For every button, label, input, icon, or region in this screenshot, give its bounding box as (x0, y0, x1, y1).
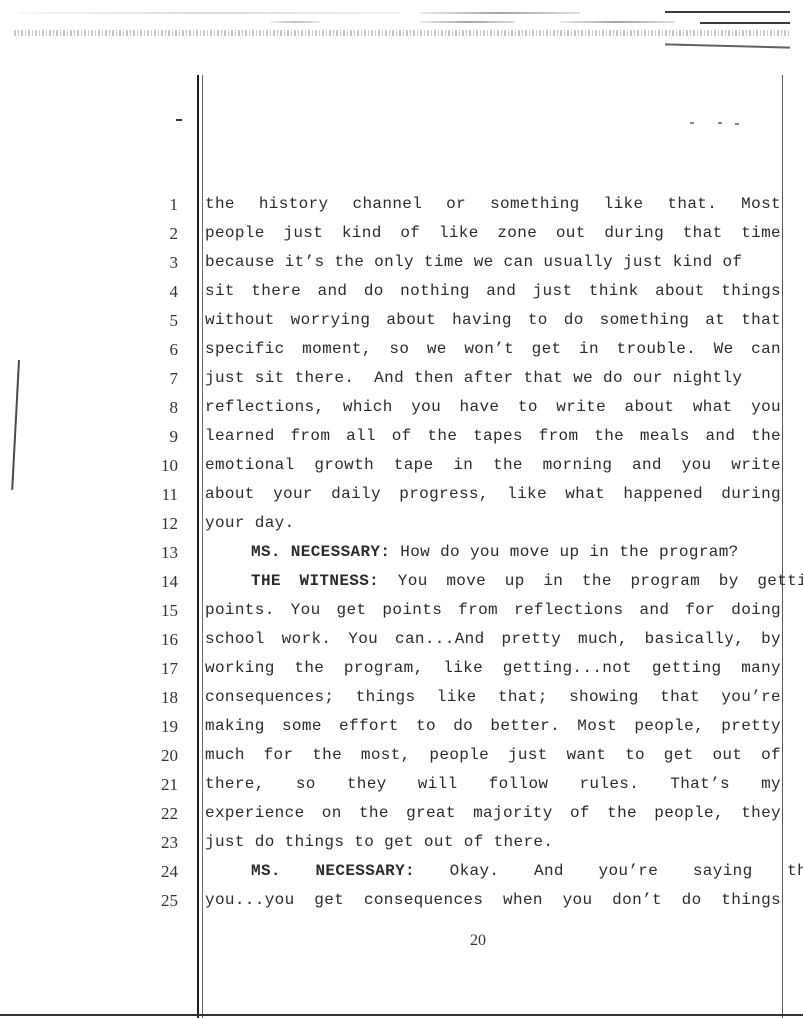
scan-streak (560, 21, 675, 23)
line-number: 20 (138, 741, 178, 770)
line-content: there, so they will follow rules. That’s… (205, 775, 781, 793)
line-content: You move up in the program by getting (379, 572, 803, 590)
speaker-label: MS. NECESSARY: (251, 543, 390, 561)
line-number: 23 (138, 828, 178, 857)
line-text: reflections, which you have to write abo… (205, 393, 781, 422)
transcript-line: 2people just kind of like zone out durin… (150, 219, 790, 248)
stray-mark (690, 122, 694, 124)
line-number: 4 (138, 277, 178, 306)
line-content: much for the most, people just want to g… (205, 746, 781, 764)
line-number: 6 (138, 335, 178, 364)
line-content: just do things to get out of there. (205, 833, 553, 851)
stray-mark (718, 122, 722, 124)
line-text: specific moment, so we won’t get in trou… (205, 335, 781, 364)
scan-streak (665, 11, 790, 13)
line-text: MS. NECESSARY: How do you move up in the… (205, 538, 803, 567)
speaker-label: MS. NECESSARY: (251, 862, 415, 880)
scan-streak (270, 21, 320, 23)
scan-streak (420, 21, 515, 23)
transcript-line: 3because it’s the only time we can usual… (150, 248, 790, 277)
line-text: much for the most, people just want to g… (205, 741, 781, 770)
scan-streak (20, 12, 400, 14)
transcript-line: 25you...you get consequences when you do… (150, 886, 790, 915)
line-number: 3 (138, 248, 178, 277)
line-text: working the program, like getting...not … (205, 654, 781, 683)
line-text: MS. NECESSARY: Okay. And you’re saying t… (205, 857, 803, 886)
line-text: sit there and do nothing and just think … (205, 277, 781, 306)
line-number: 16 (138, 625, 178, 654)
transcript-line: 20much for the most, people just want to… (150, 741, 790, 770)
line-number: 1 (138, 190, 178, 219)
line-text: about your daily progress, like what hap… (205, 480, 781, 509)
page-number: 20 (470, 932, 486, 950)
transcript-line: 5without worrying about having to do som… (150, 306, 790, 335)
line-text: THE WITNESS: You move up in the program … (205, 567, 803, 596)
line-number: 22 (138, 799, 178, 828)
line-text: just do things to get out of there. (205, 828, 781, 857)
transcript-line: 22experience on the great majority of th… (150, 799, 790, 828)
line-number: 10 (138, 451, 178, 480)
line-number: 19 (138, 712, 178, 741)
transcript-line: 7just sit there. And then after that we … (150, 364, 790, 393)
transcript-line: 9learned from all of the tapes from the … (150, 422, 790, 451)
line-content: How do you move up in the program? (390, 543, 738, 561)
line-content: Okay. And you’re saying that (415, 862, 803, 880)
line-text: just sit there. And then after that we d… (205, 364, 781, 393)
transcript-line: 4sit there and do nothing and just think… (150, 277, 790, 306)
transcript-line: 18consequences; things like that; showin… (150, 683, 790, 712)
line-text: emotional growth tape in the morning and… (205, 451, 781, 480)
line-content: learned from all of the tapes from the m… (205, 427, 781, 445)
line-number: 17 (138, 654, 178, 683)
line-number: 2 (138, 219, 178, 248)
line-number: 24 (138, 857, 178, 886)
line-content: about your daily progress, like what hap… (205, 485, 781, 503)
line-content: just sit there. And then after that we d… (205, 369, 742, 387)
transcript-line: 19making some effort to do better. Most … (150, 712, 790, 741)
line-text: school work. You can...And pretty much, … (205, 625, 781, 654)
line-content: emotional growth tape in the morning and… (205, 456, 781, 474)
bottom-edge-rule (0, 1014, 803, 1016)
line-content: experience on the great majority of the … (205, 804, 781, 822)
line-content: consequences; things like that; showing … (205, 688, 781, 706)
scan-streak (420, 12, 580, 14)
stray-mark (176, 119, 182, 121)
line-content: without worrying about having to do some… (205, 311, 781, 329)
line-number: 11 (138, 480, 178, 509)
line-text: experience on the great majority of the … (205, 799, 781, 828)
line-content: reflections, which you have to write abo… (205, 398, 781, 416)
line-number: 14 (138, 567, 178, 596)
line-text: learned from all of the tapes from the m… (205, 422, 781, 451)
line-number: 5 (138, 306, 178, 335)
line-text: there, so they will follow rules. That’s… (205, 770, 781, 799)
line-content: people just kind of like zone out during… (205, 224, 781, 242)
line-text: the history channel or something like th… (205, 190, 781, 219)
transcript-line: 24MS. NECESSARY: Okay. And you’re saying… (150, 857, 790, 886)
line-content: your day. (205, 514, 295, 532)
transcript-line: 12your day. (150, 509, 790, 538)
line-number: 9 (138, 422, 178, 451)
transcript-line: 17working the program, like getting...no… (150, 654, 790, 683)
transcript-line: 14THE WITNESS: You move up in the progra… (150, 567, 790, 596)
transcript-line: 11about your daily progress, like what h… (150, 480, 790, 509)
line-text: consequences; things like that; showing … (205, 683, 781, 712)
scan-noise (14, 30, 789, 36)
line-number: 13 (138, 538, 178, 567)
transcript-line: 1the history channel or something like t… (150, 190, 790, 219)
line-number: 18 (138, 683, 178, 712)
scan-artifact-header (0, 0, 803, 60)
line-number: 15 (138, 596, 178, 625)
line-content: specific moment, so we won’t get in trou… (205, 340, 781, 358)
line-text: without worrying about having to do some… (205, 306, 781, 335)
line-number: 7 (138, 364, 178, 393)
line-content: because it’s the only time we can usuall… (205, 253, 742, 271)
line-content: the history channel or something like th… (205, 195, 781, 213)
margin-mark (11, 360, 20, 490)
line-content: working the program, like getting...not … (205, 659, 781, 677)
transcript-line: 16school work. You can...And pretty much… (150, 625, 790, 654)
line-content: points. You get points from reflections … (205, 601, 781, 619)
transcript-line: 6specific moment, so we won’t get in tro… (150, 335, 790, 364)
transcript-line: 10emotional growth tape in the morning a… (150, 451, 790, 480)
speaker-label: THE WITNESS: (251, 572, 379, 590)
line-text: points. You get points from reflections … (205, 596, 781, 625)
transcript-line: 21there, so they will follow rules. That… (150, 770, 790, 799)
line-text: your day. (205, 509, 781, 538)
transcript-line: 15points. You get points from reflection… (150, 596, 790, 625)
line-number: 21 (138, 770, 178, 799)
transcript-line: 8reflections, which you have to write ab… (150, 393, 790, 422)
line-content: school work. You can...And pretty much, … (205, 630, 781, 648)
line-text: you...you get consequences when you don’… (205, 886, 781, 915)
line-content: sit there and do nothing and just think … (205, 282, 781, 300)
stray-mark (735, 123, 739, 125)
line-content: you...you get consequences when you don’… (205, 891, 781, 909)
line-number: 12 (138, 509, 178, 538)
line-text: making some effort to do better. Most pe… (205, 712, 781, 741)
line-content: making some effort to do better. Most pe… (205, 717, 781, 735)
scan-streak (700, 22, 790, 24)
transcript-line: 23just do things to get out of there. (150, 828, 790, 857)
line-number: 25 (138, 886, 178, 915)
transcript-line: 13MS. NECESSARY: How do you move up in t… (150, 538, 790, 567)
line-text: people just kind of like zone out during… (205, 219, 781, 248)
line-number: 8 (138, 393, 178, 422)
scan-streak (665, 43, 790, 48)
line-text: because it’s the only time we can usuall… (205, 248, 781, 277)
